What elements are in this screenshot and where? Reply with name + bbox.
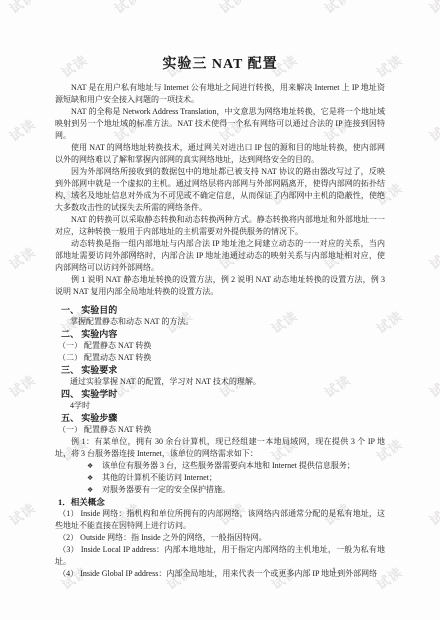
requirement-bullet: ❖ 该单位有服务器 3 台，这些服务器需要向本地和 Internet 提供信息服… [55,460,385,472]
section-content-item: （一） 配置静态 NAT 转换 [55,340,385,352]
watermark-text: 试读 [110,0,144,17]
page-title: 实验三 NAT 配置 [55,56,385,74]
requirement-bullet: ❖ 其他的计算机不能访问 Internet； [55,472,385,484]
intro-paragraph: NAT 的转换可以采取静态转换和动态转换两种方式。静态转换将内部地址和外部地址一… [55,214,385,238]
intro-paragraph: NAT 是在用户私有地址与 Internet 公有地址之间进行转换，用来解决 I… [55,82,385,106]
watermark-text: 试读 [5,370,39,402]
concept-item: （2） Outside 网络：指 Inside 之外的网络，一般指因特网。 [55,532,385,544]
section-heading-requirements: 三、 实验要求 [55,364,385,376]
example-intro-paragraph: 例 1：有某单位，拥有 30 余台计算机，现已经组建一本地局域网，现在提供 3 … [55,436,385,460]
watermark-text: 试读 [425,370,440,402]
diamond-bullet-icon: ❖ [87,460,102,472]
watermark-text: 试读 [5,0,39,17]
bullet-text: 对服务器要有一定的安全保护措施。 [102,484,385,496]
section-content-item: （二） 配置动态 NAT 转换 [55,352,385,364]
watermark-text: 试读 [215,0,249,17]
section-body-requirements: 通过实验掌握 NAT 的配置，学习对 NAT 技术的理解。 [55,376,385,388]
watermark-text: 试读 [425,0,440,17]
section-heading-purpose: 一、 实验目的 [55,304,385,316]
watermark-text: 试读 [425,242,440,274]
intro-paragraph: 动态转换是指一组内部地址与内部合法 IP 地址池之间建立动态的一一对应的关系，当… [55,238,385,274]
concept-item: （1） Inside 网络：指机构和单位所拥有的内部网络，该网络内部通常分配的是… [55,508,385,532]
page-number: 1 [332,566,336,575]
concept-item: （3） Inside Local IP address：内部本地地址，用于指定内… [55,544,385,568]
intro-paragraph: 因为外部网络所接收到的数据包中的地址都已被支持 NAT 协议的路由器改写过了，反… [55,166,385,214]
intro-paragraph: 使用 NAT 的网络地址转换技术，通过网关对进出口 IP 包的源和目的地址转换，… [55,142,385,166]
section-heading-content: 二、 实验内容 [55,328,385,340]
watermark-text: 试读 [5,242,39,274]
bullet-text: 该单位有服务器 3 台，这些服务器需要向本地和 Internet 提供信息服务； [102,460,385,472]
document-content: 实验三 NAT 配置 NAT 是在用户私有地址与 Internet 公有地址之间… [55,56,385,580]
bullet-text: 其他的计算机不能访问 Internet； [102,472,385,484]
diamond-bullet-icon: ❖ [87,484,102,496]
intro-paragraph: NAT 的全称是 Network Address Translation，中文意… [55,106,385,142]
steps-subheading: （一） 配置静态 NAT 转换 [55,424,385,436]
section-heading-steps: 五、 实验步骤 [55,412,385,424]
concepts-heading: 1．相关概念 [55,496,385,508]
watermark-text: 试读 [425,114,440,146]
section-body-purpose: 掌握配置静态和动态 NAT 的方法。 [55,316,385,328]
section-body-hours: 4学时 [55,400,385,412]
watermark-text: 试读 [320,0,354,17]
watermark-text: 试读 [425,498,440,530]
intro-paragraph: 例 1 说明 NAT 静态地址转换的设置方法，例 2 说明 NAT 动态地址转换… [55,274,385,298]
diamond-bullet-icon: ❖ [87,472,102,484]
requirement-bullet: ❖ 对服务器要有一定的安全保护措施。 [55,484,385,496]
document-page: 试读试读试读试读试读试读试读试读试读试读试读试读试读试读试读试读试读试读试读试读… [0,0,440,620]
watermark-text: 试读 [5,114,39,146]
section-heading-hours: 四、 实验学时 [55,388,385,400]
watermark-text: 试读 [5,498,39,530]
